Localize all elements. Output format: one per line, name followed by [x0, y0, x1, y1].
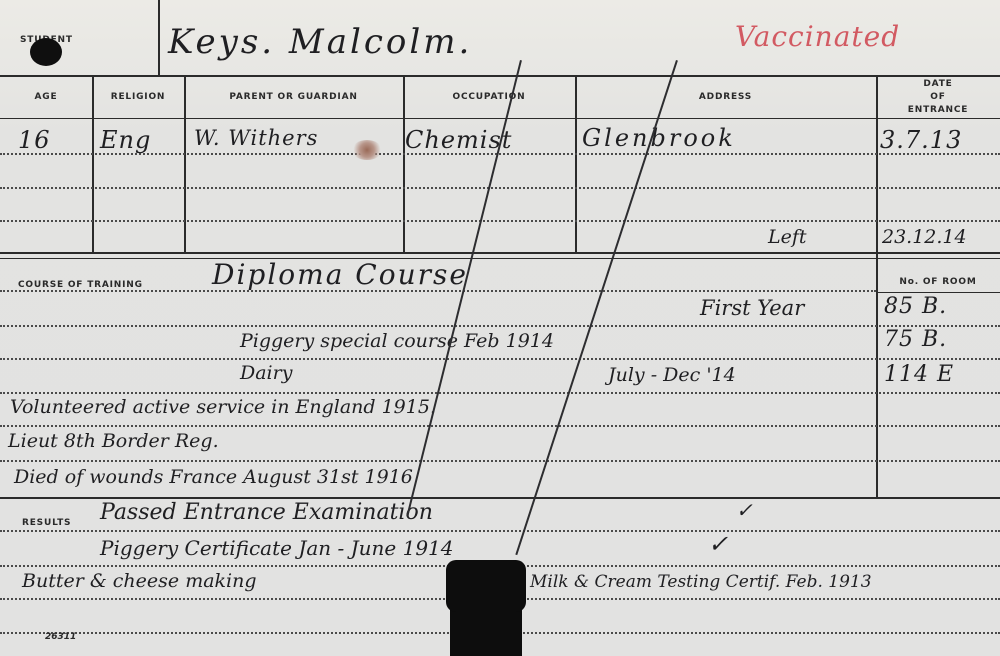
label-results: RESULTS: [22, 518, 71, 528]
occupation-value: Chemist: [405, 126, 512, 154]
note-line: Volunteered active service in England 19…: [10, 396, 436, 418]
rule: [0, 118, 1000, 119]
name-divider: [158, 0, 160, 76]
label-date-line: OF: [876, 91, 1000, 104]
double-rule: [0, 258, 1000, 259]
age-value: 16: [18, 126, 51, 154]
rule: [0, 75, 1000, 77]
index-tab: [450, 560, 522, 656]
stain: [352, 140, 382, 160]
student-record-card: STUDENT AGE RELIGION PARENT OR GUARDIAN …: [0, 0, 1000, 656]
student-name: Keys. Malcolm.: [168, 22, 472, 62]
parent-value: W. Withers: [194, 126, 318, 150]
punch-hole: [30, 38, 62, 66]
room-header-rule: [876, 292, 1000, 293]
dotted-rule: [0, 530, 1000, 532]
label-parent: PARENT OR GUARDIAN: [184, 92, 403, 102]
label-date-of-entrance: DATE OF ENTRANCE: [876, 78, 1000, 117]
date-of-entrance-value: 3.7.13: [880, 126, 962, 154]
check-mark: ✓: [708, 530, 728, 558]
dotted-rule: [0, 325, 1000, 327]
course-title: Diploma Course: [212, 258, 468, 291]
result-line: Milk & Cream Testing Certif. Feb. 1913: [530, 572, 872, 592]
room-number: 114 E: [884, 362, 954, 387]
form-number: 26311: [45, 632, 76, 642]
label-date-line: ENTRANCE: [876, 104, 1000, 117]
address-value: Glenbrook: [582, 124, 736, 152]
result-line: Butter & cheese making: [22, 570, 257, 592]
label-address: ADDRESS: [575, 92, 876, 102]
label-no-of-room: No. OF ROOM: [876, 277, 1000, 287]
left-label: Left: [768, 226, 807, 248]
course-year: First Year: [700, 296, 804, 320]
vaccinated-annotation: Vaccinated: [735, 20, 900, 53]
room-number: 85 B.: [884, 294, 947, 319]
label-religion: RELIGION: [92, 92, 184, 102]
check-mark: ✓: [736, 498, 753, 522]
dotted-rule: [0, 460, 1000, 462]
religion-value: Eng: [100, 126, 151, 154]
dotted-rule: [0, 392, 1000, 394]
result-line: Passed Entrance Examination: [100, 500, 433, 525]
label-occupation: OCCUPATION: [403, 92, 575, 102]
double-rule: [0, 252, 1000, 254]
note-line: Died of wounds France August 31st 1916: [14, 466, 413, 488]
label-age: AGE: [0, 92, 92, 102]
course-line: July - Dec '14: [608, 364, 736, 386]
note-line: Lieut 8th Border Reg.: [8, 430, 219, 452]
dotted-rule: [0, 220, 1000, 222]
label-date-line: DATE: [876, 78, 1000, 91]
dotted-rule: [0, 425, 1000, 427]
rule: [0, 497, 1000, 499]
label-course-of-training: COURSE OF TRAINING: [18, 280, 143, 290]
course-line: Dairy: [240, 362, 292, 384]
left-date: 23.12.14: [882, 226, 967, 248]
dotted-rule: [0, 358, 1000, 360]
dotted-rule: [0, 187, 1000, 189]
result-line: Piggery Certificate Jan - June 1914: [100, 536, 454, 560]
course-line: Piggery special course Feb 1914: [240, 330, 554, 352]
room-number: 75 B.: [884, 327, 947, 352]
